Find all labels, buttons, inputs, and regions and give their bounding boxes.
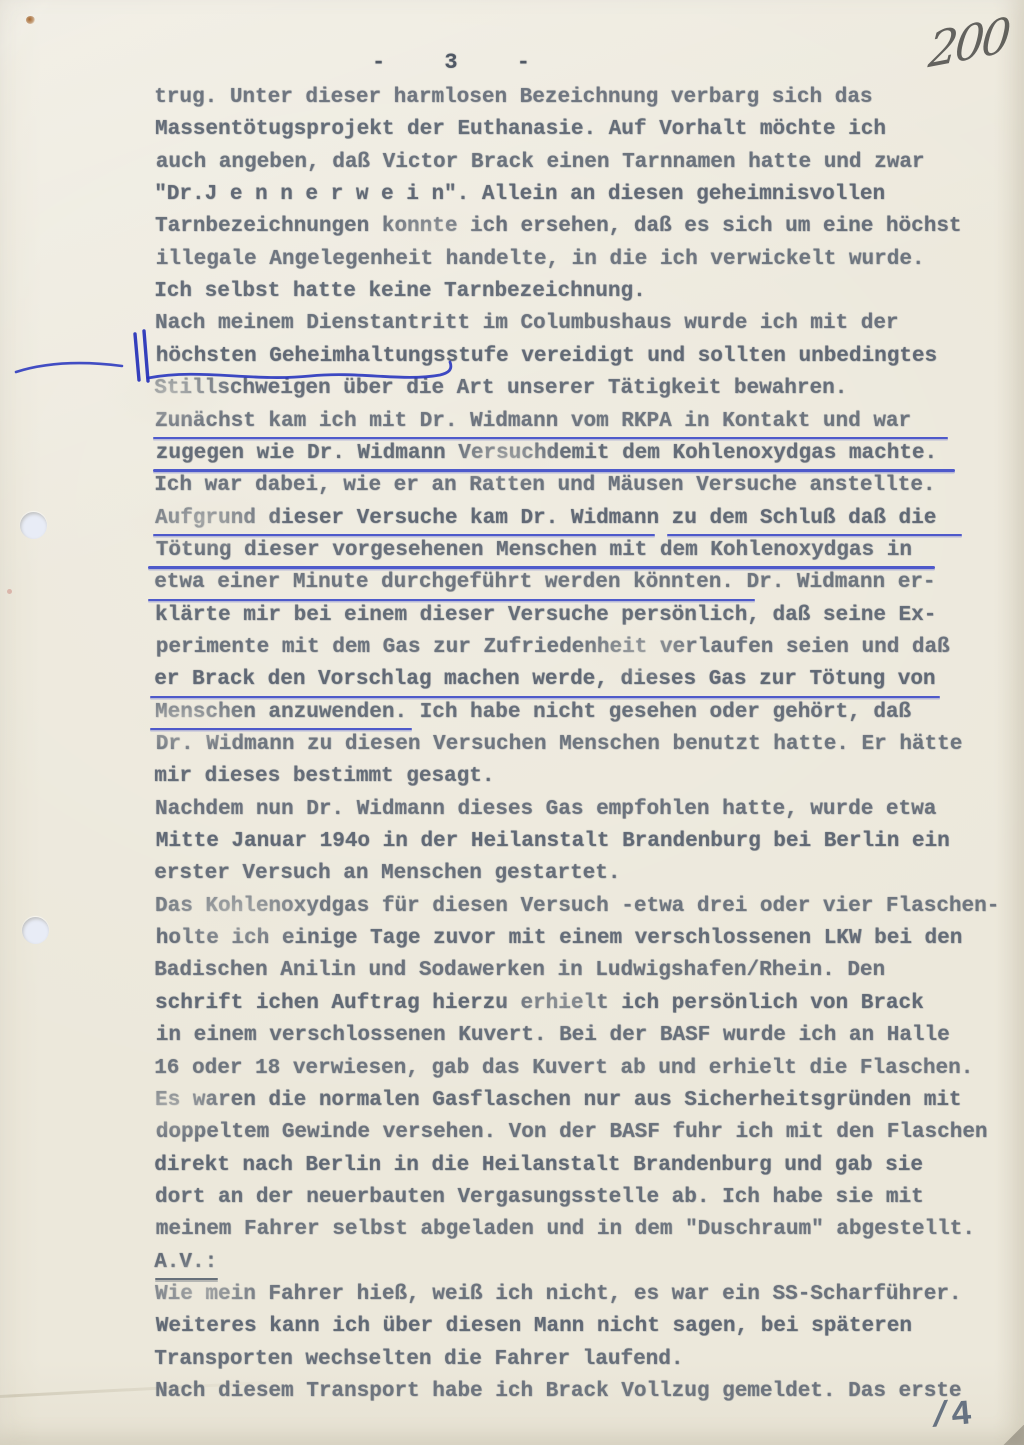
text-line: Das Kohlenoxydgas für diesen Versuch -et… <box>155 891 999 923</box>
punch-hole-bottom <box>22 917 49 944</box>
text-line: Nach diesem Transport habe ich Brack Vol… <box>155 1376 962 1408</box>
margin-vertical-stroke-1 <box>135 334 139 380</box>
text-line: etwa einer Minute durchgeführt werden kö… <box>154 567 935 599</box>
typewritten-text-block: trug. Unter dieser harmlosen Bezeichnung… <box>155 82 1015 1422</box>
text-line: Transporten wechselten die Fahrer laufen… <box>154 1344 683 1376</box>
text-line: dort an der neuerbauten Vergasungsstelle… <box>155 1182 924 1214</box>
text-line: schrift ichen Auftrag hierzu erhielt ich… <box>155 988 924 1020</box>
text-line: holte ich einige Tage zuvor mit einem ve… <box>156 923 963 955</box>
text-line: Tötung dieser vorgesehenen Menschen mit … <box>156 535 912 567</box>
margin-dash-mark <box>16 363 122 372</box>
text-line: Zunächst kam ich mit Dr. Widmann vom RKP… <box>155 406 911 438</box>
text-line: trug. Unter dieser harmlosen Bezeichnung… <box>154 82 872 114</box>
text-line: doppeltem Gewinde versehen. Von der BASF… <box>156 1117 988 1149</box>
text-line: Dr. Widmann zu diesen Versuchen Menschen… <box>156 729 963 761</box>
text-line: illegale Angelegenheit handelte, in die … <box>156 244 925 276</box>
text-line: Wie mein Fahrer hieß, weiß ich nicht, es… <box>155 1279 962 1311</box>
text-line: er Brack den Vorschlag machen werde, die… <box>154 664 935 696</box>
handwritten-sheet-number-bottom: /4 <box>928 1394 973 1438</box>
text-line: Nachdem nun Dr. Widmann dieses Gas empfo… <box>155 794 936 826</box>
margin-vertical-stroke-2 <box>144 331 148 381</box>
text-line: in einem verschlossenen Kuvert. Bei der … <box>156 1020 950 1052</box>
punch-hole-top <box>20 512 47 539</box>
text-line: Badischen Anilin und Sodawerken in Ludwi… <box>154 955 885 987</box>
text-line: A.V.: <box>154 1247 217 1279</box>
page-number: - 3 - <box>372 50 553 75</box>
scan-edge-corner <box>998 1425 1024 1445</box>
paper-stain-fleck <box>26 16 35 24</box>
text-line: klärte mir bei einem dieser Versuche per… <box>155 600 936 632</box>
text-line: Aufgrund dieser Versuche kam Dr. Widmann… <box>155 503 936 535</box>
text-line: höchsten Geheimhaltungsstufe vereidigt u… <box>156 341 937 373</box>
text-line: Menschen anzuwenden. Ich habe nicht gese… <box>155 697 911 729</box>
text-line: Mitte Januar 194o in der Heilanstalt Bra… <box>156 826 950 858</box>
scanned-document-page: - 3 - trug. Unter dieser harmlosen Bezei… <box>0 0 1024 1445</box>
text-line: Weiteres kann ich über diesen Mann nicht… <box>156 1311 912 1343</box>
text-line: zugegen wie Dr. Widmann Versuchdemit dem… <box>156 438 937 470</box>
handwritten-page-number-top: 200 <box>926 7 1010 79</box>
text-line: auch angeben, daß Victor Brack einen Tar… <box>156 147 925 179</box>
text-line: erster Versuch an Menschen gestartet. <box>154 858 620 890</box>
text-line: perimente mit dem Gas zur Zufriedenheit … <box>156 632 950 664</box>
text-line: Ich war dabei, wie er an Ratten und Mäus… <box>154 470 935 502</box>
text-line: "Dr.J e n n e r w e i n". Allein an dies… <box>154 179 885 211</box>
text-line: Nach meinem Dienstantritt im Columbushau… <box>155 308 899 340</box>
text-line: meinem Fahrer selbst abgeladen und in de… <box>156 1214 975 1246</box>
text-line: Stillschweigen über die Art unserer Täti… <box>154 373 847 405</box>
text-line: Ich selbst hatte keine Tarnbezeichnung. <box>154 276 645 308</box>
text-line: Massentötugsprojekt der Euthanasie. Auf … <box>155 114 886 146</box>
text-line: direkt nach Berlin in die Heilanstalt Br… <box>154 1150 923 1182</box>
text-line: 16 oder 18 verwiesen, gab das Kuvert ab … <box>154 1053 973 1085</box>
text-line: mir dieses bestimmt gesagt. <box>154 761 494 793</box>
text-line: Es waren die normalen Gasflaschen nur au… <box>155 1085 962 1117</box>
paper-speck <box>7 589 12 594</box>
text-line: Tarnbezeichnungen konnte ich ersehen, da… <box>155 211 962 243</box>
